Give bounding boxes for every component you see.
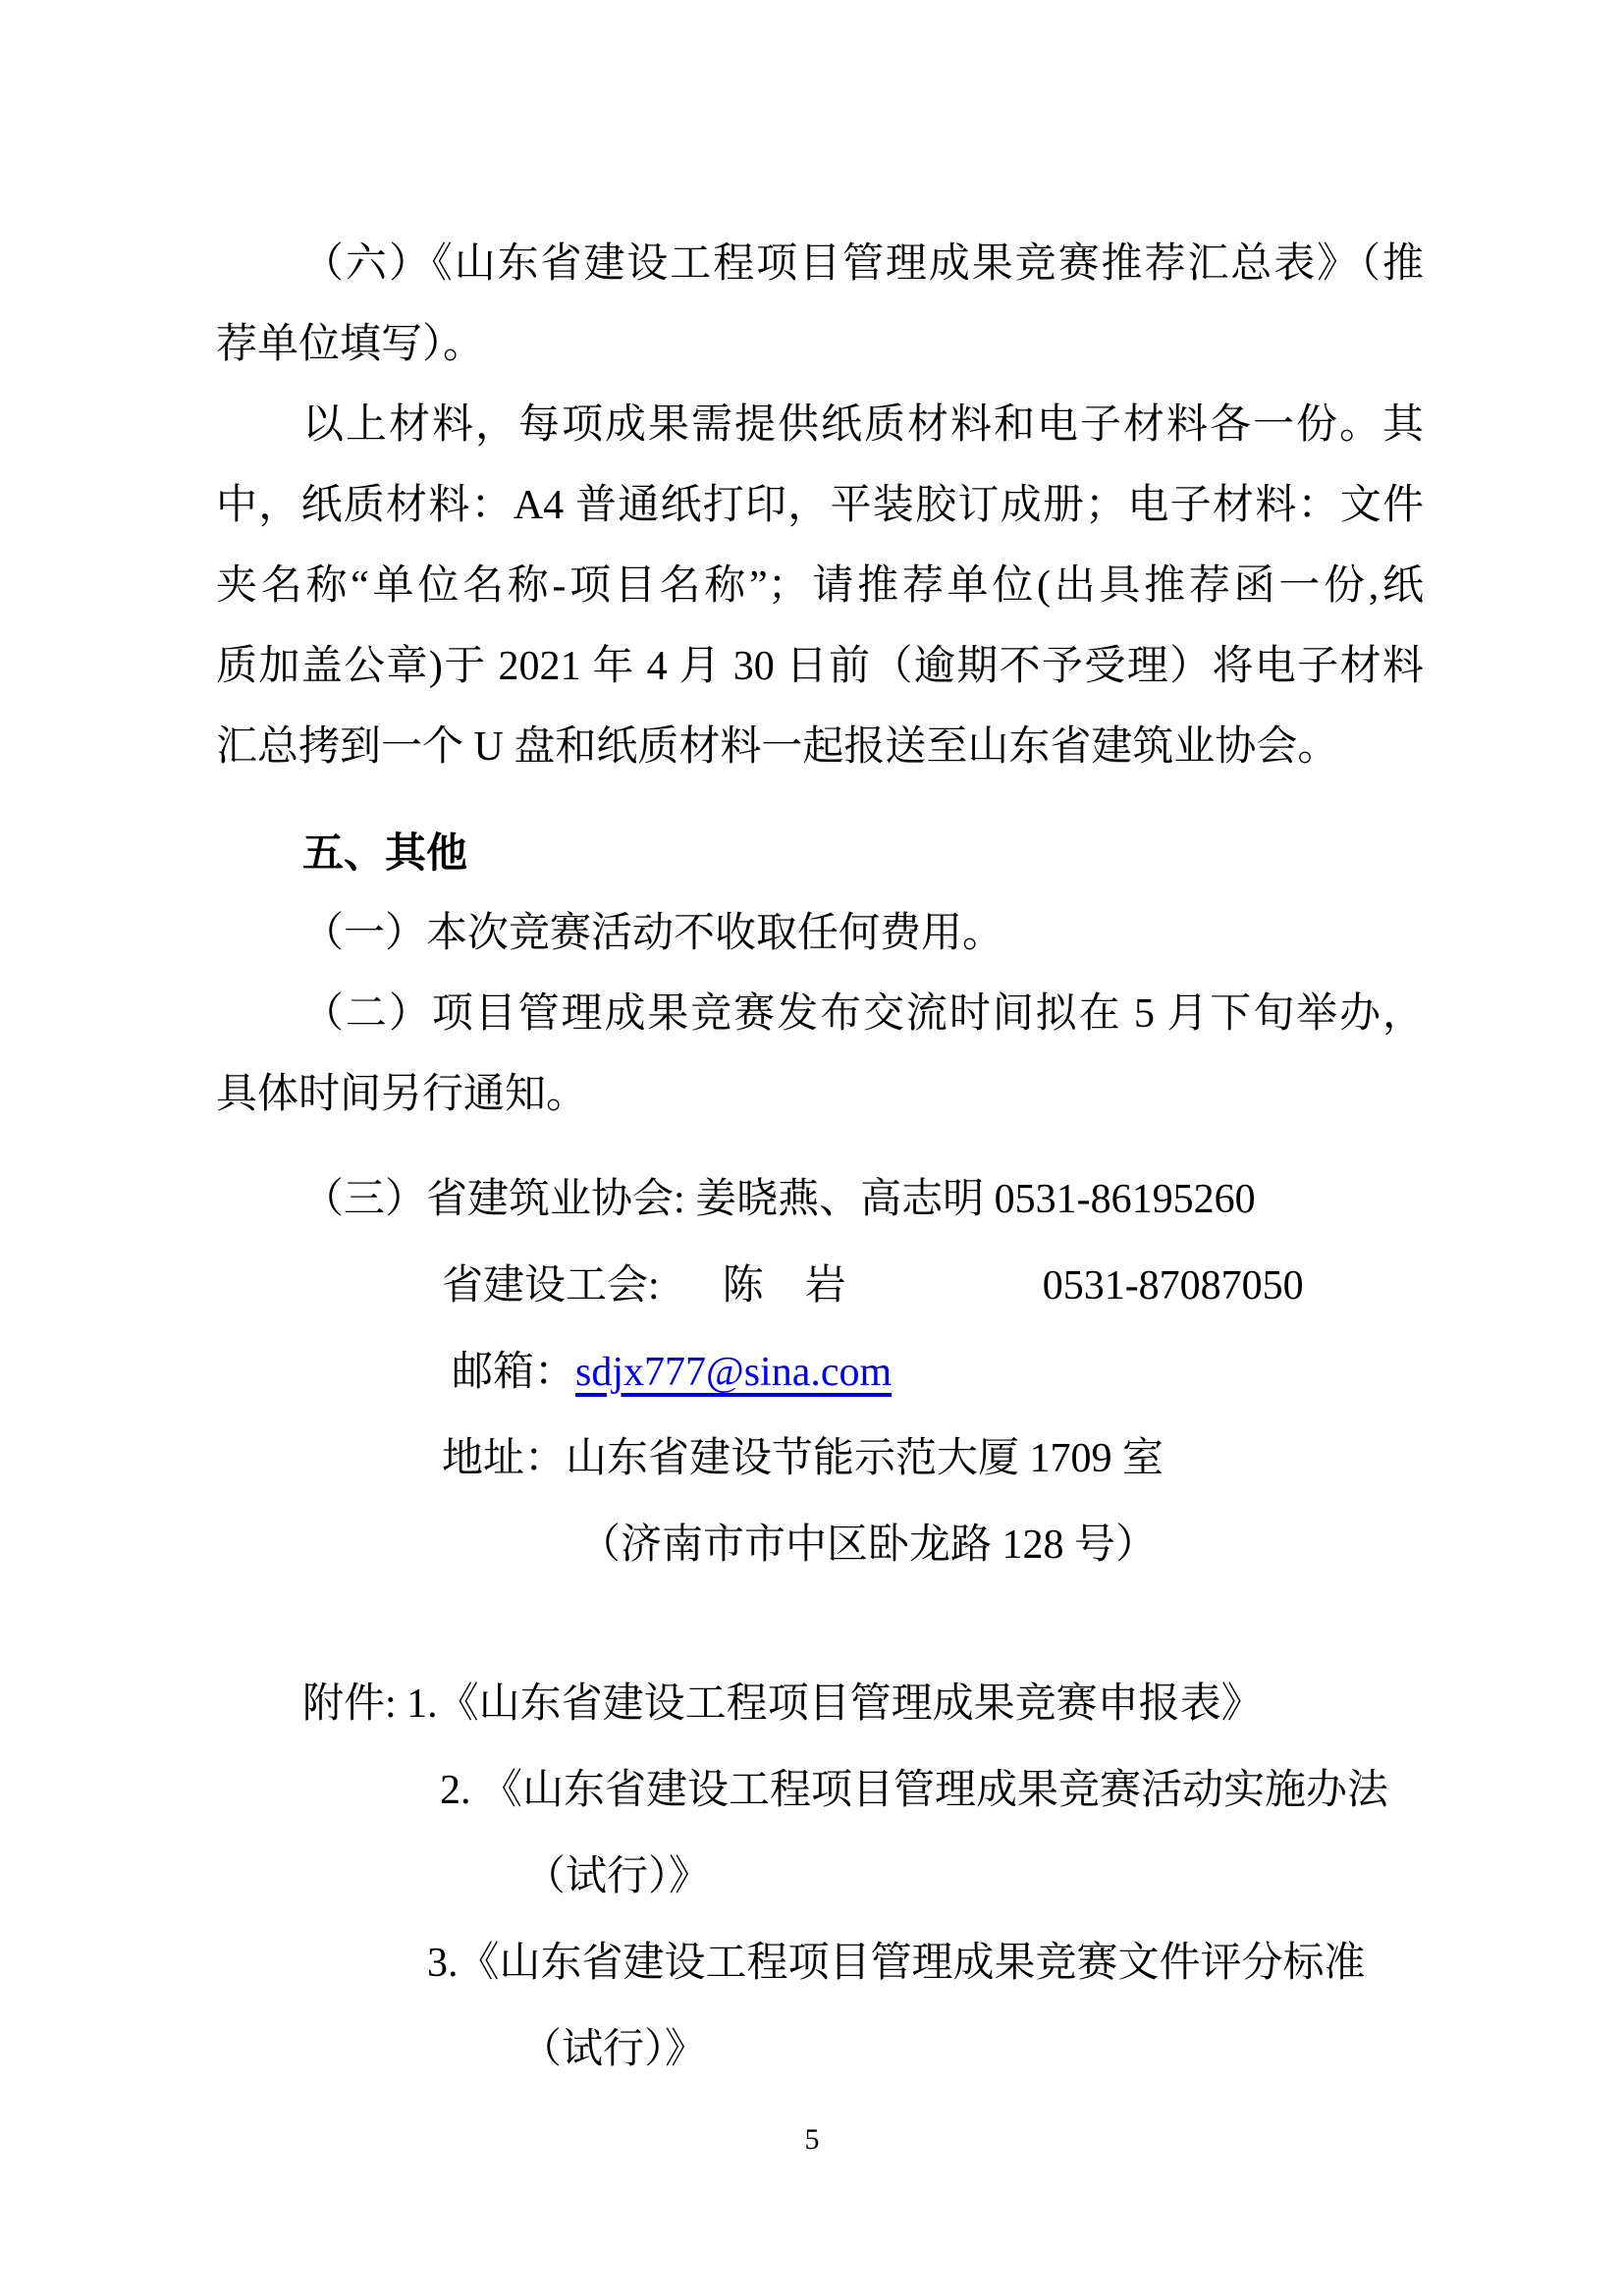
schedule-line-2: 具体时间另行通知。 xyxy=(216,1054,1424,1135)
address-line-1: 地址：山东省建设节能示范大厦 1709 室 xyxy=(216,1415,1424,1502)
attachments-line-3: （试行）》 xyxy=(216,1834,1424,1920)
attachments-line-1: 附件: 1.《山东省建设工程项目管理成果竞赛申报表》 xyxy=(216,1661,1424,1747)
document-body: （六）《山东省建设工程项目管理成果竞赛推荐汇总表》（推 荐单位填写）。 以上材料… xyxy=(216,224,1424,2093)
materials-line-2: 中，纸质材料：A4 普通纸打印，平装胶订成册；电子材料：文件 xyxy=(216,465,1424,546)
attachments-block: 附件: 1.《山东省建设工程项目管理成果竞赛申报表》 2. 《山东省建设工程项目… xyxy=(216,1661,1424,2093)
attachments-line-4: 3.《山东省建设工程项目管理成果竞赛文件评分标准 xyxy=(216,1920,1424,2006)
section-5-heading: 五、其他 xyxy=(216,813,1424,893)
email-link[interactable]: sdjx777@sina.com xyxy=(575,1350,892,1395)
materials-line-4: 质加盖公章)于 2021 年 4 月 30 日前（逾期不予受理）将电子材料 xyxy=(216,626,1424,707)
union-contact-line: 省建设工会:陈 岩0531-87087050 xyxy=(216,1243,1424,1329)
email-line: 邮箱：sdjx777@sina.com xyxy=(216,1329,1424,1415)
materials-line-5: 汇总拷到一个 U 盘和纸质材料一起报送至山东省建筑业协会。 xyxy=(216,707,1424,787)
attachments-line-5: （试行）》 xyxy=(216,2006,1424,2093)
union-contact-phone: 0531-87087050 xyxy=(1043,1263,1304,1308)
contact-block: （三）省建筑业协会: 姜晓燕、高志明 0531-86195260 省建设工会:陈… xyxy=(216,1156,1424,1588)
para-6-line-1: （六）《山东省建设工程项目管理成果竞赛推荐汇总表》（推 xyxy=(216,224,1424,304)
association-contact-line: （三）省建筑业协会: 姜晓燕、高志明 0531-86195260 xyxy=(216,1156,1424,1243)
para-6-line-2: 荐单位填写）。 xyxy=(216,304,1424,385)
attachments-line-2: 2. 《山东省建设工程项目管理成果竞赛活动实施办法 xyxy=(216,1747,1424,1834)
fee-item-line: （一）本次竞赛活动不收取任何费用。 xyxy=(216,893,1424,974)
address-line-2: （济南市市中区卧龙路 128 号） xyxy=(216,1502,1424,1588)
email-label: 邮箱： xyxy=(452,1350,575,1395)
materials-line-1: 以上材料，每项成果需提供纸质材料和电子材料各一份。其 xyxy=(216,385,1424,465)
page-number: 5 xyxy=(0,2120,1624,2160)
union-label: 省建设工会: xyxy=(442,1263,660,1308)
union-contact-name: 陈 岩 xyxy=(723,1263,846,1308)
schedule-line-1: （二）项目管理成果竞赛发布交流时间拟在 5 月下旬举办， xyxy=(216,974,1424,1054)
document-page: （六）《山东省建设工程项目管理成果竞赛推荐汇总表》（推 荐单位填写）。 以上材料… xyxy=(0,0,1624,2296)
materials-line-3: 夹名称“单位名称-项目名称”；请推荐单位(出具推荐函一份,纸 xyxy=(216,546,1424,626)
